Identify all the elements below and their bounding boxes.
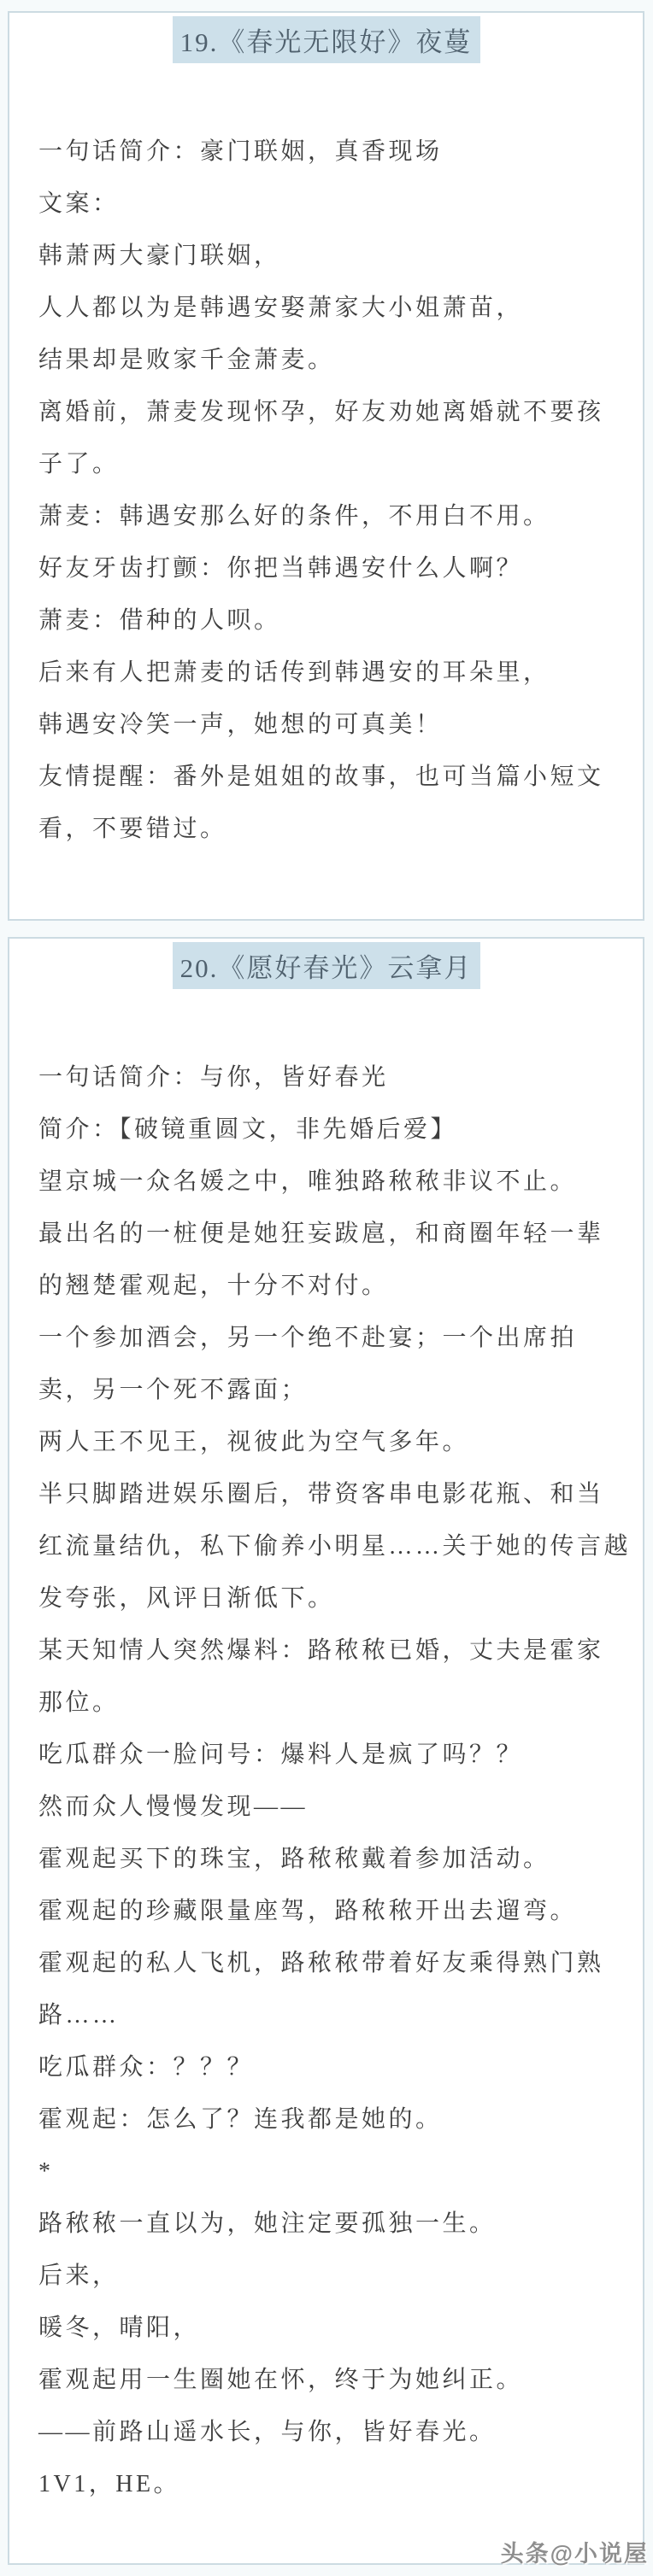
text-line: 一句话简介：与你，皆好春光 — [38, 1051, 638, 1104]
text-line: 离婚前，萧麦发现怀孕，好友劝她离婚就不要孩 — [38, 386, 638, 438]
text-line: 某天知情人突然爆料：路秾秾已婚，丈夫是霍家 — [38, 1625, 638, 1677]
text-line: 然而众人慢慢发现—— — [38, 1781, 638, 1833]
text-line: 人人都以为是韩遇安娶萧家大小姐萧苗， — [38, 282, 638, 334]
text-line: 卖，另一个死不露面； — [38, 1364, 638, 1416]
card-title-badge: 20.《愿好春光》云拿月 — [173, 942, 480, 989]
text-line: 路秾秾一直以为，她注定要孤独一生。 — [38, 2198, 638, 2250]
text-line: 最出名的一桩便是她狂妄跋扈，和商圈年轻一辈 — [38, 1208, 638, 1260]
text-line: 后来有人把萧麦的话传到韩遇安的耳朵里， — [38, 647, 638, 699]
text-line: 简介：【破镜重圆文，非先婚后爱】 — [38, 1104, 638, 1156]
text-line: 吃瓜群众：？？？ — [38, 2041, 638, 2093]
text-line: 发夸张，风评日渐低下。 — [38, 1572, 638, 1625]
text-line: 暖冬，晴阳， — [38, 2302, 638, 2354]
card-title: 19.《春光无限好》夜蔓 — [180, 20, 473, 59]
text-line: 吃瓜群众一脸问号：爆料人是疯了吗？？ — [38, 1729, 638, 1781]
text-line: 结果却是败家千金萧麦。 — [38, 334, 638, 386]
watermark: 头条@小说屋 — [501, 2535, 649, 2568]
text-line: 友情提醒：番外是姐姐的故事，也可当篇小短文 — [38, 751, 638, 803]
card-body: 一句话简介：豪门联姻，真香现场文案：韩萧两大豪门联姻，人人都以为是韩遇安娶萧家大… — [38, 126, 638, 855]
text-line: 望京城一众名媛之中，唯独路秾秾非议不止。 — [38, 1156, 638, 1208]
text-line: 半只脚踏进娱乐圈后，带资客串电影花瓶、和当 — [38, 1468, 638, 1520]
text-line: 的翘楚霍观起，十分不对付。 — [38, 1260, 638, 1312]
text-line: 好友牙齿打颤：你把当韩遇安什么人啊？ — [38, 542, 638, 594]
card-title-badge: 19.《春光无限好》夜蔓 — [173, 16, 480, 63]
text-line: 韩遇安冷笑一声，她想的可真美！ — [38, 699, 638, 751]
text-line: 1V1，HE。 — [38, 2458, 638, 2510]
text-line: 那位。 — [38, 1677, 638, 1729]
text-line: * — [38, 2146, 638, 2198]
text-line: 子了。 — [38, 438, 638, 490]
text-line: 一句话简介：豪门联姻，真香现场 — [38, 126, 638, 178]
text-line: 文案： — [38, 178, 638, 230]
text-line: 霍观起：怎么了？连我都是她的。 — [38, 2093, 638, 2146]
text-line: 路…… — [38, 1989, 638, 2041]
text-line: ——前路山遥水长，与你，皆好春光。 — [38, 2406, 638, 2458]
text-line: 韩萧两大豪门联姻， — [38, 230, 638, 282]
text-line: 看，不要错过。 — [38, 803, 638, 855]
text-line: 霍观起买下的珠宝，路秾秾戴着参加活动。 — [38, 1833, 638, 1885]
text-line: 后来， — [38, 2250, 638, 2302]
text-line: 两人王不见王，视彼此为空气多年。 — [38, 1416, 638, 1468]
card-title: 20.《愿好春光》云拿月 — [180, 946, 473, 985]
story-card-20: 20.《愿好春光》云拿月 一句话简介：与你，皆好春光简介：【破镜重圆文，非先婚后… — [8, 937, 644, 2565]
card-body: 一句话简介：与你，皆好春光简介：【破镜重圆文，非先婚后爱】望京城一众名媛之中，唯… — [38, 1051, 638, 2510]
text-line: 霍观起的珍藏限量座驾，路秾秾开出去遛弯。 — [38, 1885, 638, 1937]
story-card-19: 19.《春光无限好》夜蔓 一句话简介：豪门联姻，真香现场文案：韩萧两大豪门联姻，… — [8, 11, 644, 921]
text-line: 霍观起用一生圈她在怀，终于为她纠正。 — [38, 2354, 638, 2406]
text-line: 萧麦：借种的人呗。 — [38, 594, 638, 647]
text-line: 红流量结仇，私下偷养小明星……关于她的传言越 — [38, 1520, 638, 1572]
text-line: 萧麦：韩遇安那么好的条件，不用白不用。 — [38, 490, 638, 542]
text-line: 霍观起的私人飞机，路秾秾带着好友乘得熟门熟 — [38, 1937, 638, 1989]
text-line: 一个参加酒会，另一个绝不赴宴；一个出席拍 — [38, 1312, 638, 1364]
